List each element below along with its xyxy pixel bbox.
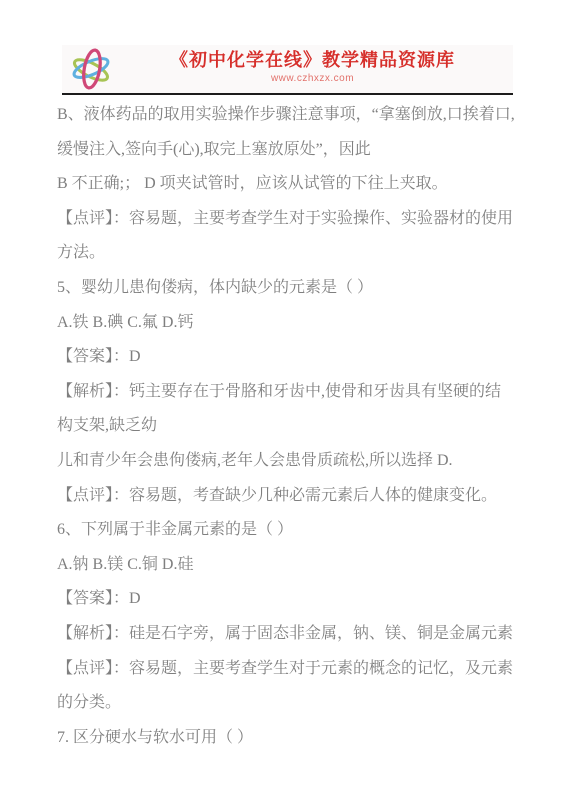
document-body: B、液体药品的取用实验操作步骤注意事项，“拿塞倒放,口挨着口, 缓慢注入,签向手… (57, 98, 517, 755)
text-line: 缓慢注入,签向手(心),取完上塞放原处”，因此 (57, 133, 517, 168)
text-line: 【答案】：D (57, 582, 517, 617)
text-line: 6、下列属于非金属元素的是（ ） (57, 513, 517, 548)
text-line: 【点评】：容易题，主要考查学生对于元素的概念的记忆，及元素 (57, 652, 517, 687)
text-line: 儿和青少年会患佝偻病,老年人会患骨质疏松,所以选择 D. (57, 444, 517, 479)
text-line: 【答案】：D (57, 340, 517, 375)
header-text-block: 《初中化学在线》教学精品资源库 www.czhxzx.com (122, 48, 503, 85)
text-line: 【解析】：钙主要存在于骨胳和牙齿中,使骨和牙齿具有坚硬的结 (57, 375, 517, 410)
text-line: B、液体药品的取用实验操作步骤注意事项，“拿塞倒放,口挨着口, (57, 98, 517, 133)
atom-icon (68, 46, 114, 92)
text-line: 7. 区分硬水与软水可用（ ） (57, 721, 517, 756)
text-line: A.铁 B.碘 C.氟 D.钙 (57, 306, 517, 341)
text-line: 方法。 (57, 236, 517, 271)
text-line: 的分类。 (57, 686, 517, 721)
page-title: 《初中化学在线》教学精品资源库 (122, 48, 503, 72)
text-line: 5、婴幼儿患佝偻病，体内缺少的元素是（ ） (57, 271, 517, 306)
document-page: 《初中化学在线》教学精品资源库 www.czhxzx.com B、液体药品的取用… (0, 0, 573, 810)
text-line: A.钠 B.镁 C.铜 D.硅 (57, 548, 517, 583)
text-line: 【点评】：容易题，主要考查学生对于实验操作、实验器材的使用 (57, 202, 517, 237)
text-line: 【点评】：容易题，考查缺少几种必需元素后人体的健康变化。 (57, 479, 517, 514)
site-header-banner: 《初中化学在线》教学精品资源库 www.czhxzx.com (62, 45, 513, 95)
text-line: 构支架,缺乏幼 (57, 409, 517, 444)
site-url: www.czhxzx.com (122, 72, 503, 85)
text-line: 【解析】：硅是石字旁，属于固态非金属，钠、镁、铜是金属元素 (57, 617, 517, 652)
text-line: B 不正确;； D 项夹试管时，应该从试管的下往上夹取。 (57, 167, 517, 202)
